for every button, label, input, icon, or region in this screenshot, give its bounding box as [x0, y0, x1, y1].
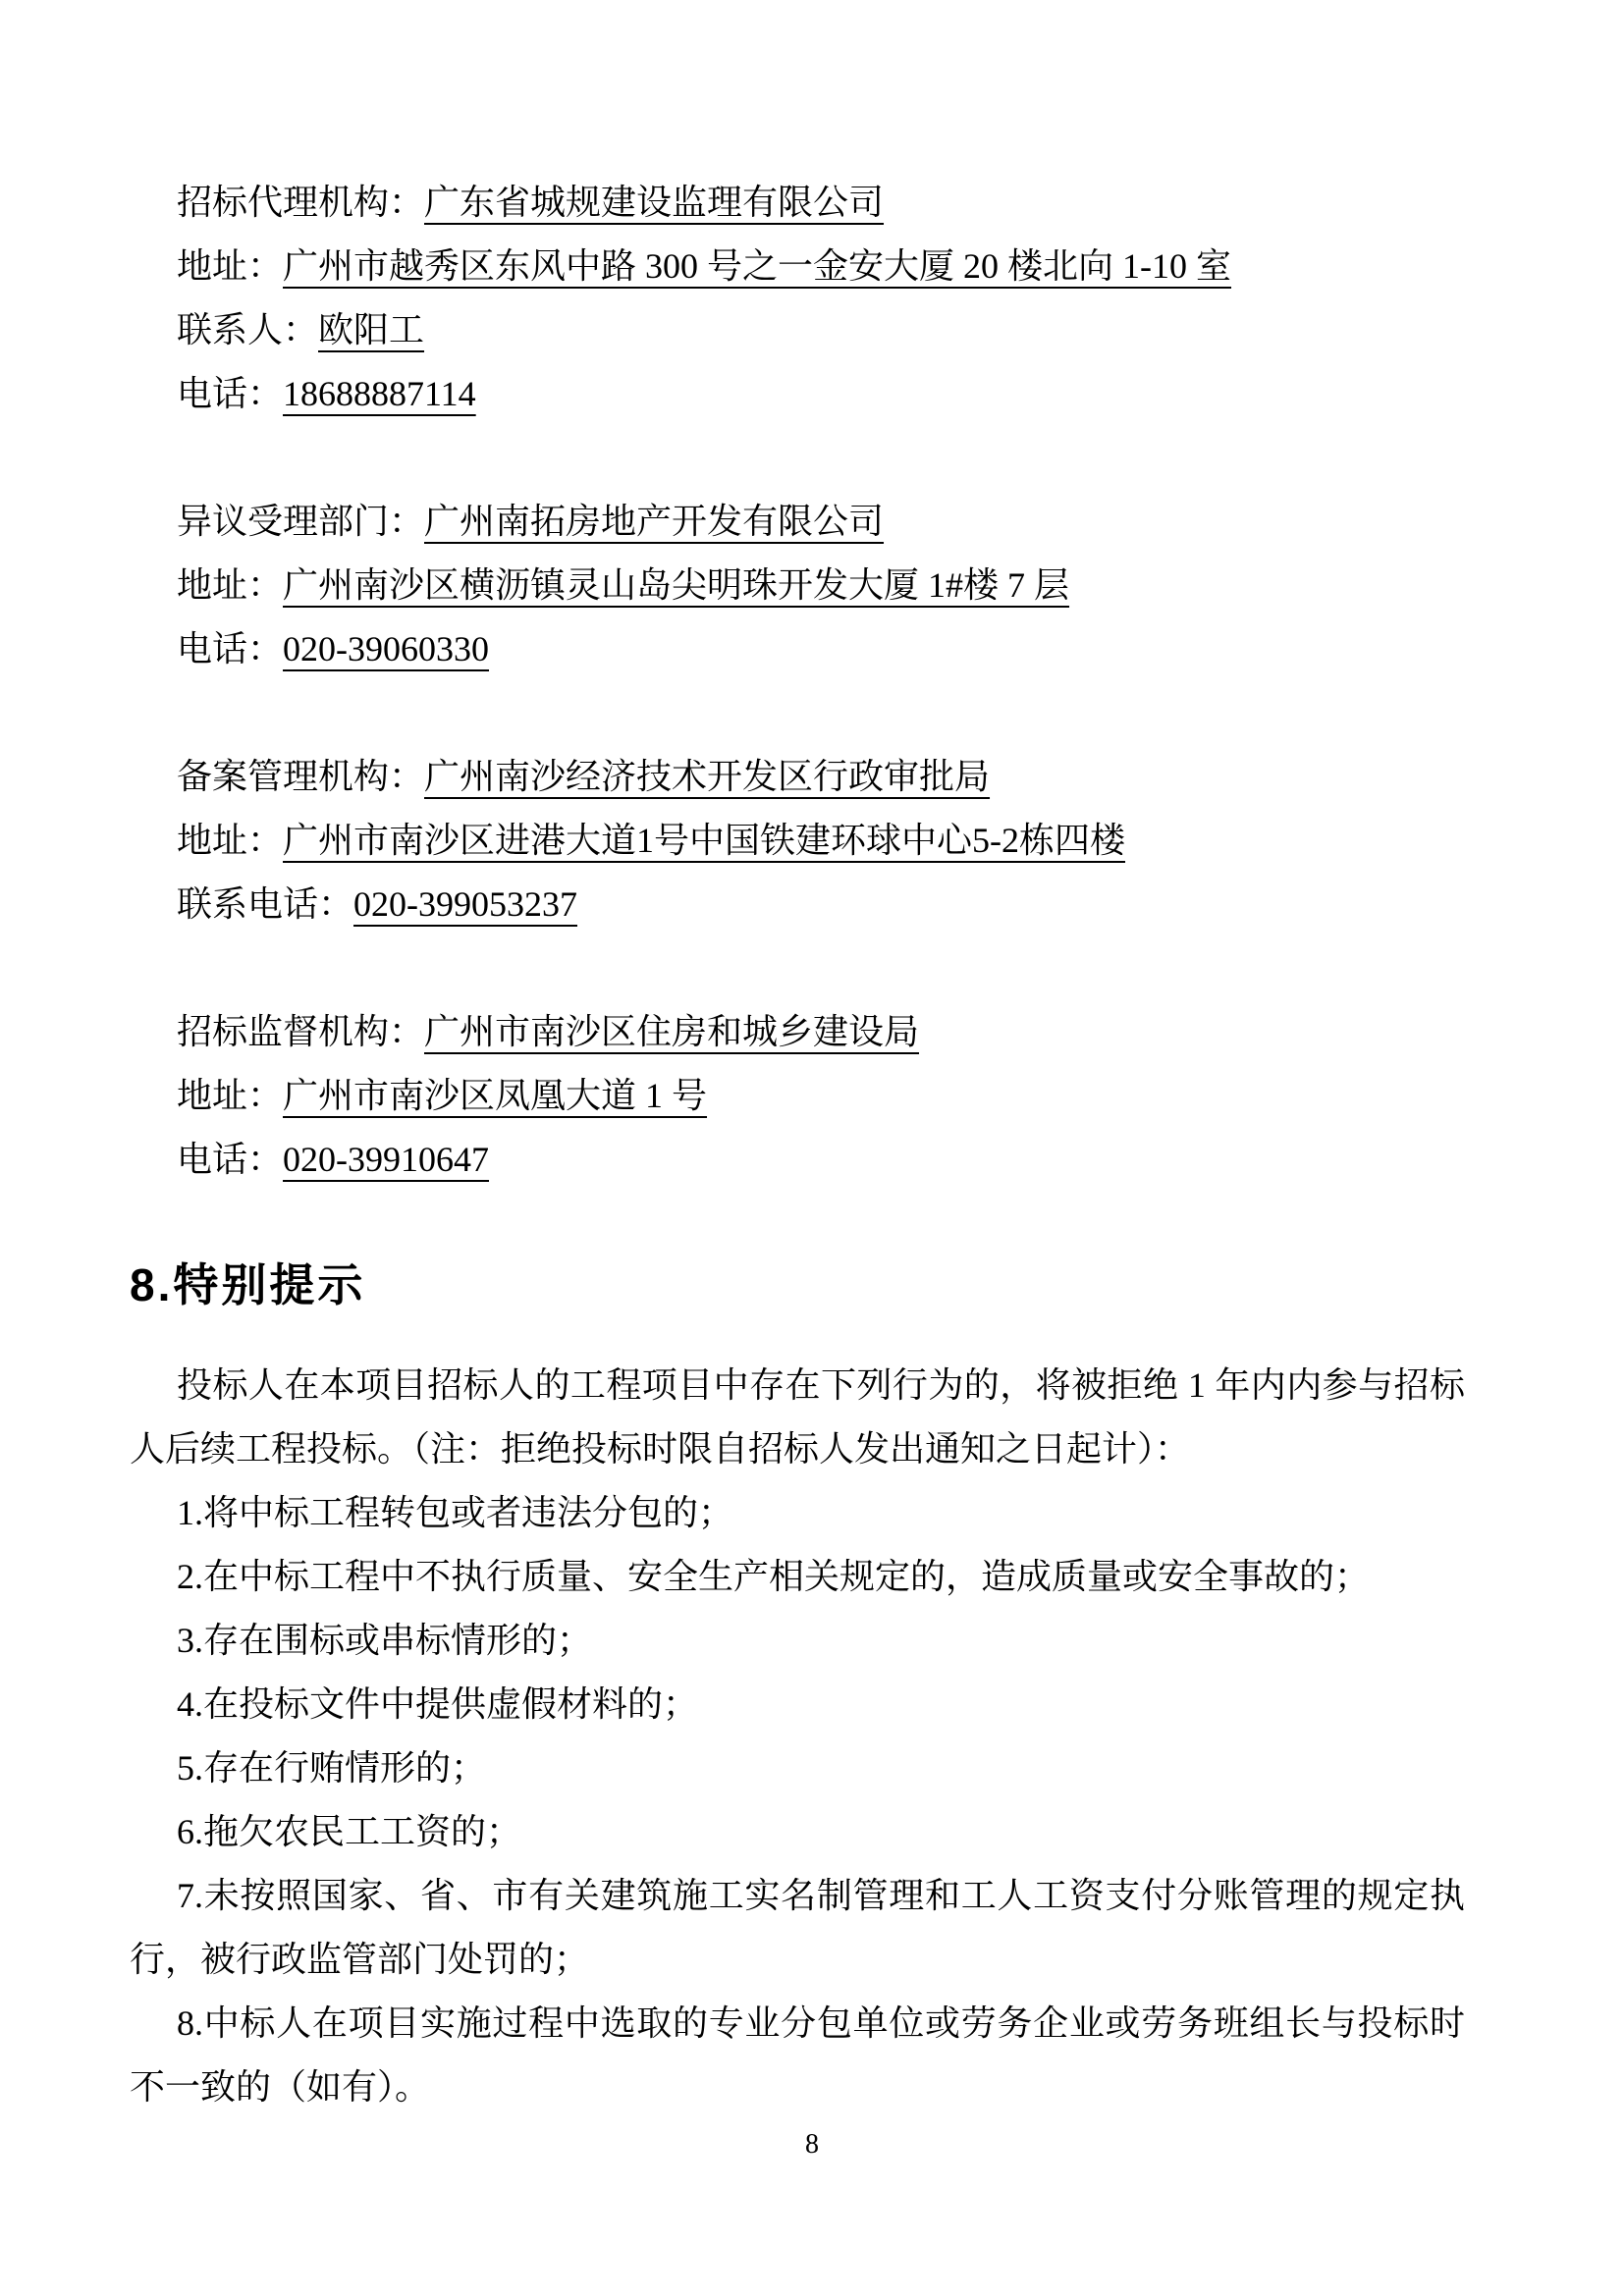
contact-line: 联系人：欧阳工 [130, 298, 1465, 362]
page-content: 招标代理机构：广东省城规建设监理有限公司 地址：广州市越秀区东风中路 300 号… [130, 171, 1465, 2119]
contact-value: 广州市南沙区凤凰大道 1 号 [283, 1076, 707, 1115]
contact-line: 异议受理部门：广州南拓房地产开发有限公司 [130, 490, 1465, 554]
contact-label: 电话： [177, 629, 283, 668]
list-item: 7.未按照国家、省、市有关建筑施工实名制管理和工人工资支付分账管理的规定执行，被… [130, 1864, 1465, 1992]
list-item: 8.中标人在项目实施过程中选取的专业分包单位或劳务企业或劳务班组长与投标时不一致… [130, 1992, 1465, 2119]
document-page: 招标代理机构：广东省城规建设监理有限公司 地址：广州市越秀区东风中路 300 号… [0, 0, 1624, 2296]
list-item: 2.在中标工程中不执行质量、安全生产相关规定的，造成质量或安全事故的； [130, 1545, 1465, 1609]
contact-line: 地址：广州市越秀区东风中路 300 号之一金安大厦 20 楼北向 1-10 室 [130, 235, 1465, 298]
contact-line: 地址：广州市南沙区凤凰大道 1 号 [130, 1064, 1465, 1128]
list-item: 3.存在围标或串标情形的； [130, 1609, 1465, 1673]
page-number: 8 [0, 2128, 1624, 2162]
list-item: 6.拖欠农民工工资的； [130, 1800, 1465, 1864]
contact-line: 招标监督机构：广州市南沙区住房和城乡建设局 [130, 1000, 1465, 1064]
contact-value: 020-39060330 [283, 629, 489, 668]
contact-value: 广州市南沙区进港大道1号中国铁建环球中心5-2栋四楼 [283, 821, 1125, 860]
section-heading: 8.特别提示 [130, 1255, 1465, 1314]
contact-line: 地址：广州市南沙区进港大道1号中国铁建环球中心5-2栋四楼 [130, 809, 1465, 873]
list-item: 4.在投标文件中提供虚假材料的； [130, 1673, 1465, 1736]
contact-line: 地址：广州南沙区横沥镇灵山岛尖明珠开发大厦 1#楼 7 层 [130, 554, 1465, 617]
contact-value: 广州市南沙区住房和城乡建设局 [424, 1012, 919, 1051]
contact-block-agency: 招标代理机构：广东省城规建设监理有限公司 地址：广州市越秀区东风中路 300 号… [130, 171, 1465, 426]
contact-label: 联系人： [177, 310, 318, 349]
contact-label: 异议受理部门： [177, 502, 424, 541]
contact-line: 招标代理机构：广东省城规建设监理有限公司 [130, 171, 1465, 235]
contact-label: 电话： [177, 374, 283, 413]
contact-line: 电话：020-39060330 [130, 617, 1465, 681]
contact-value: 020-39910647 [283, 1140, 489, 1179]
contact-value: 020-399053237 [353, 884, 577, 924]
contact-line: 电话：020-39910647 [130, 1128, 1465, 1192]
contact-value: 广州南沙经济技术开发区行政审批局 [424, 757, 990, 796]
contact-value: 广东省城规建设监理有限公司 [424, 183, 884, 222]
list-item: 1.将中标工程转包或者违法分包的； [130, 1481, 1465, 1545]
contact-label: 地址： [177, 821, 283, 860]
contact-value: 18688887114 [283, 374, 476, 413]
contact-label: 联系电话： [177, 884, 353, 924]
contact-label: 地址： [177, 1076, 283, 1115]
section-intro: 投标人在本项目招标人的工程项目中存在下列行为的，将被拒绝 1 年内内参与招标人后… [130, 1354, 1465, 1481]
contact-block-objection: 异议受理部门：广州南拓房地产开发有限公司 地址：广州南沙区横沥镇灵山岛尖明珠开发… [130, 490, 1465, 681]
contact-label: 地址： [177, 246, 283, 286]
contact-block-supervision: 招标监督机构：广州市南沙区住房和城乡建设局 地址：广州市南沙区凤凰大道 1 号 … [130, 1000, 1465, 1192]
contact-line: 备案管理机构：广州南沙经济技术开发区行政审批局 [130, 745, 1465, 809]
list-item: 5.存在行贿情形的； [130, 1736, 1465, 1800]
contact-line: 联系电话：020-399053237 [130, 873, 1465, 936]
contact-value: 广州南沙区横沥镇灵山岛尖明珠开发大厦 1#楼 7 层 [283, 565, 1069, 605]
contact-label: 电话： [177, 1140, 283, 1179]
contact-block-filing: 备案管理机构：广州南沙经济技术开发区行政审批局 地址：广州市南沙区进港大道1号中… [130, 745, 1465, 936]
contact-line: 电话：18688887114 [130, 362, 1465, 426]
contact-value: 广州南拓房地产开发有限公司 [424, 502, 884, 541]
contact-label: 备案管理机构： [177, 757, 424, 796]
contact-value: 欧阳工 [318, 310, 424, 349]
contact-value: 广州市越秀区东风中路 300 号之一金安大厦 20 楼北向 1-10 室 [283, 246, 1231, 286]
contact-label: 招标监督机构： [177, 1012, 424, 1051]
contact-label: 招标代理机构： [177, 183, 424, 222]
contact-label: 地址： [177, 565, 283, 605]
